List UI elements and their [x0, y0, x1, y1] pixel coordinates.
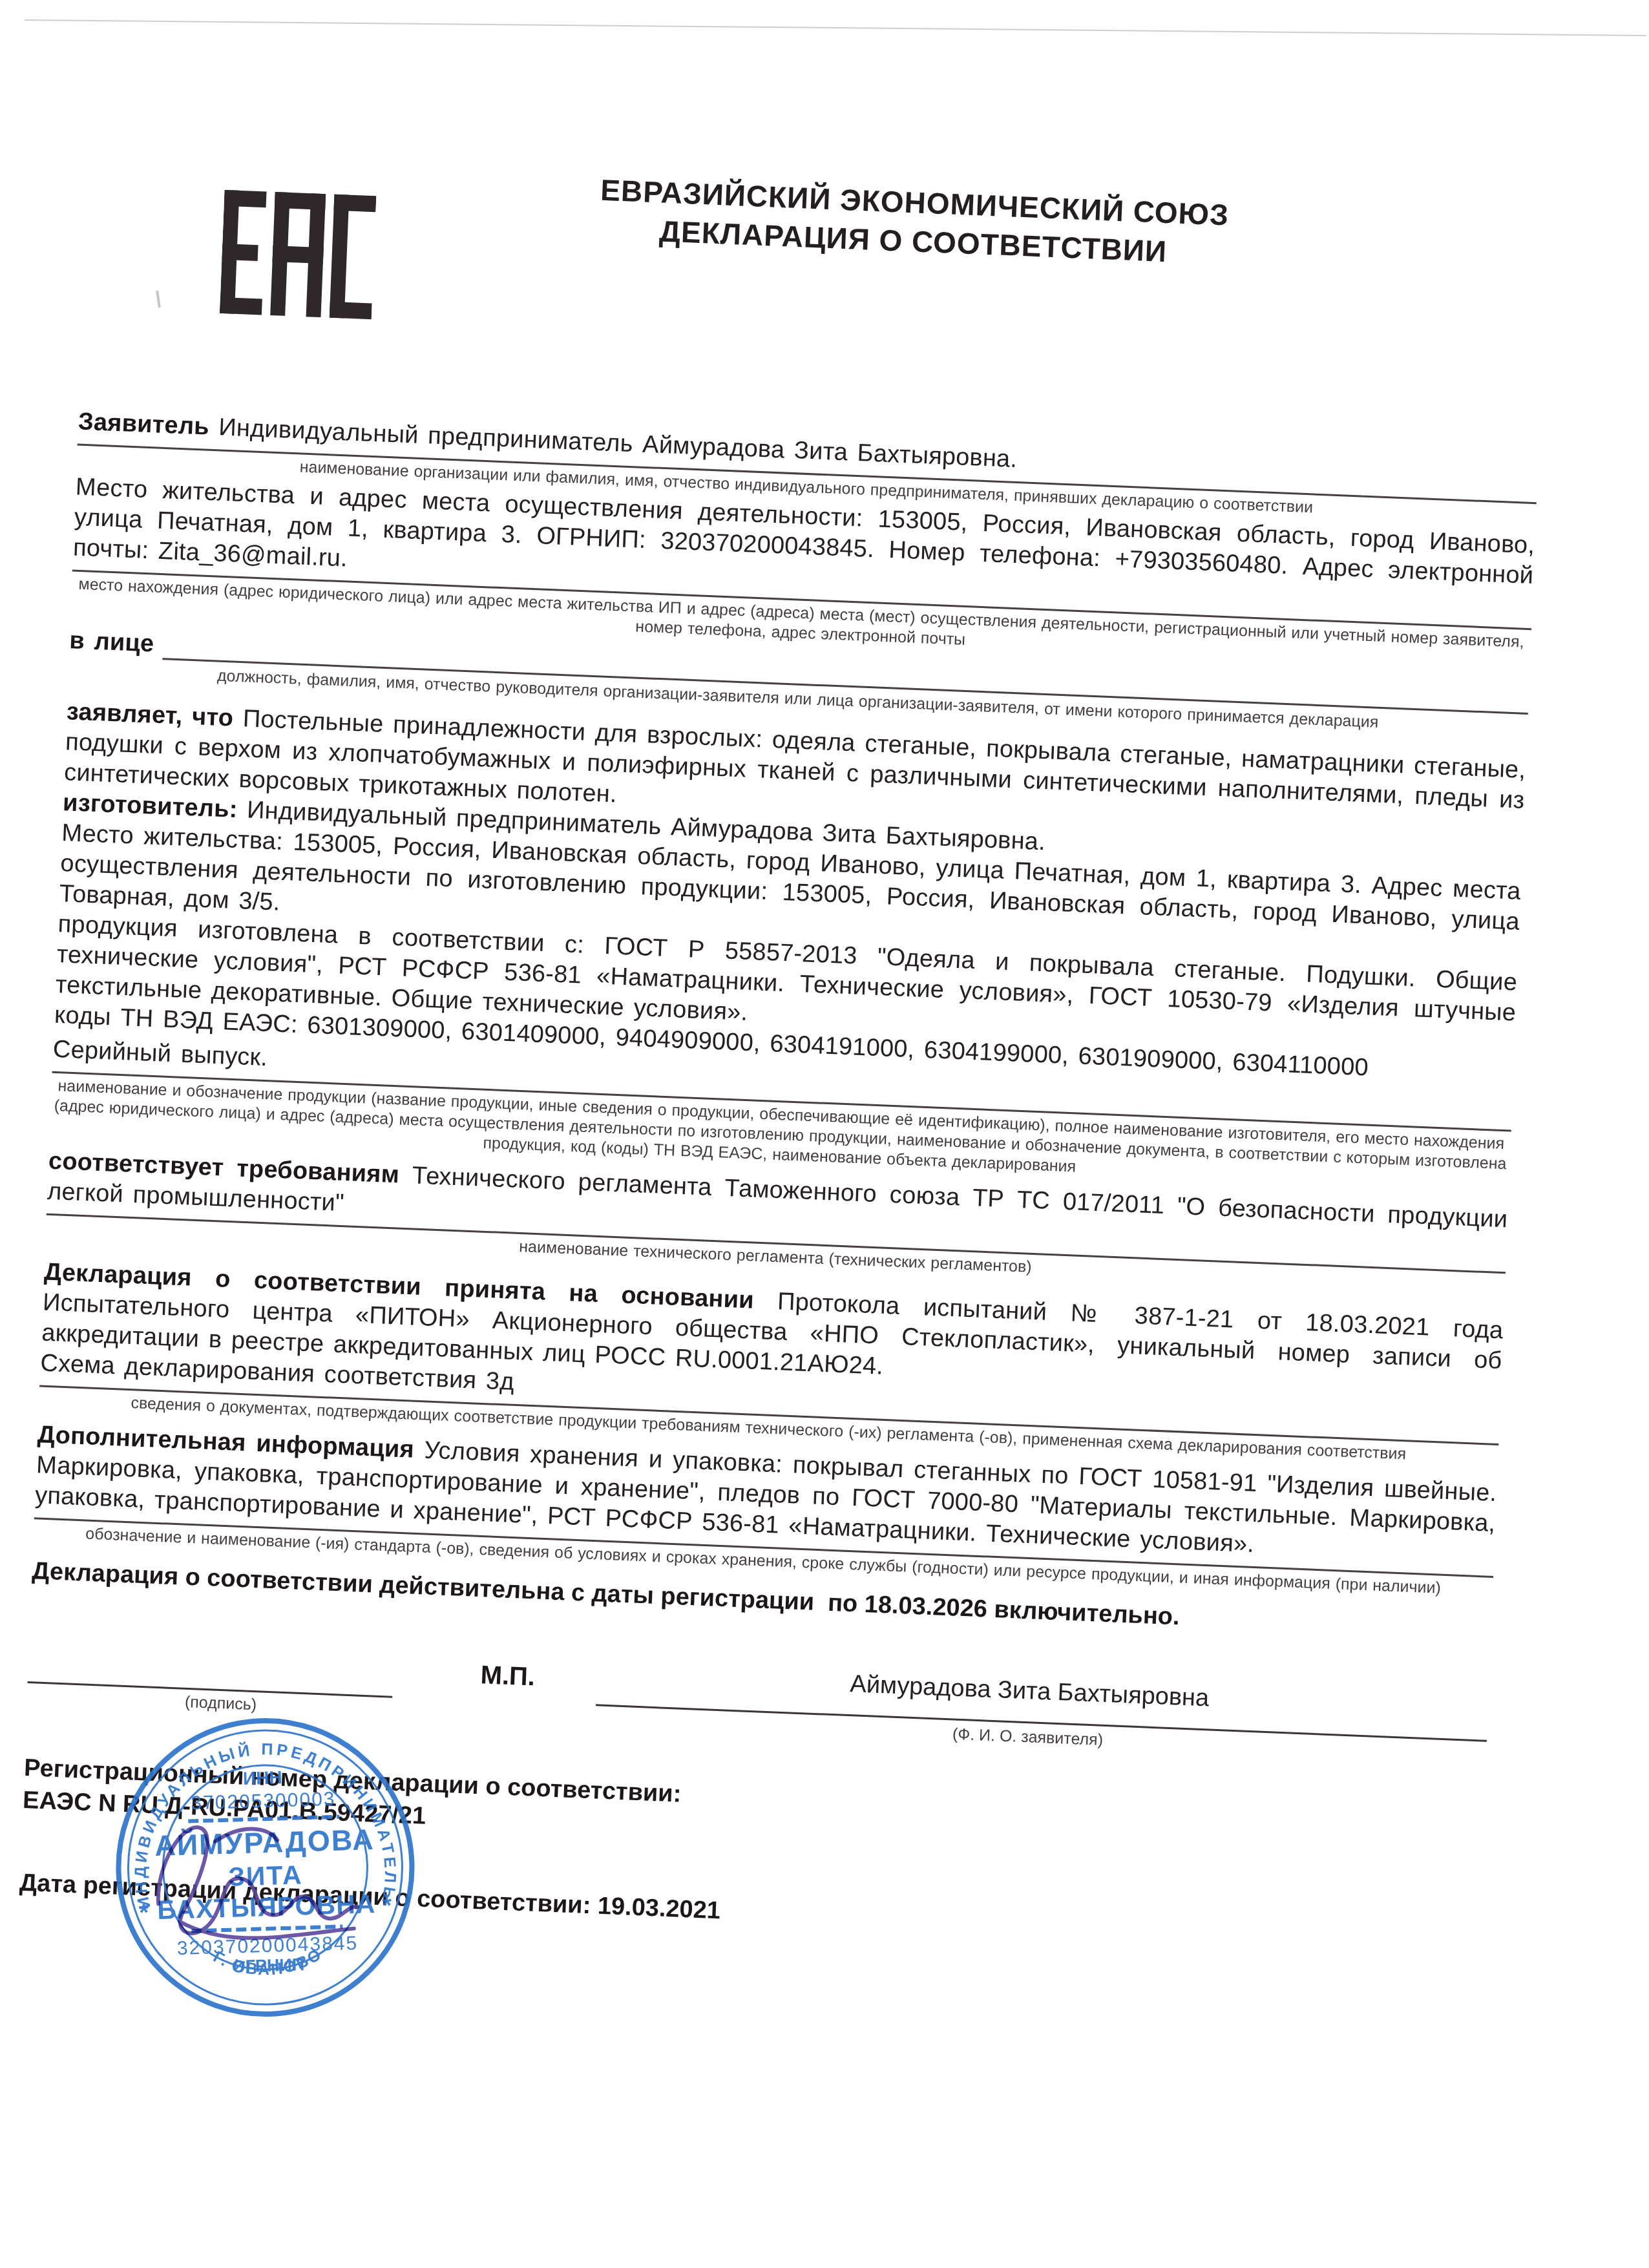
in-person-label: в лице [68, 625, 154, 659]
stamp-place-label: М.П. [480, 1661, 536, 1692]
registration-date: Дата регистрации декларации о соответств… [19, 1867, 1479, 1958]
stamp-city: Г. ИВАНОВО [210, 1944, 326, 1980]
declares-label: заявляет, что [66, 698, 234, 731]
declaration-document: ЕВРАЗИЙСКИЙ ЭКОНОМИЧЕСКИЙ СОЮЗ ДЕКЛАРАЦИ… [19, 116, 1549, 1957]
document-title: ЕВРАЗИЙСКИЙ ЭКОНОМИЧЕСКИЙ СОЮЗ ДЕКЛАРАЦИ… [280, 158, 1548, 286]
scan-artifact-line [25, 19, 1646, 36]
stamp-ogrnip-value: 320370200043845 [176, 1933, 358, 1959]
svg-text:Г. ИВАНОВО: Г. ИВАНОВО [210, 1944, 326, 1980]
signature-note: (подпись) [123, 1690, 318, 1717]
stamp-ogrnip-label: ОГРНИП [231, 1955, 304, 1976]
manufacturer-label: изготовитель: [62, 789, 238, 823]
eac-logo-icon [220, 186, 377, 322]
fio-note: (Ф. И. О. заявителя) [607, 1711, 1447, 1763]
applicant-label: Заявитель [78, 408, 209, 441]
applicant-fio: Аймурадова Зита Бахтыяровна [609, 1661, 1450, 1722]
